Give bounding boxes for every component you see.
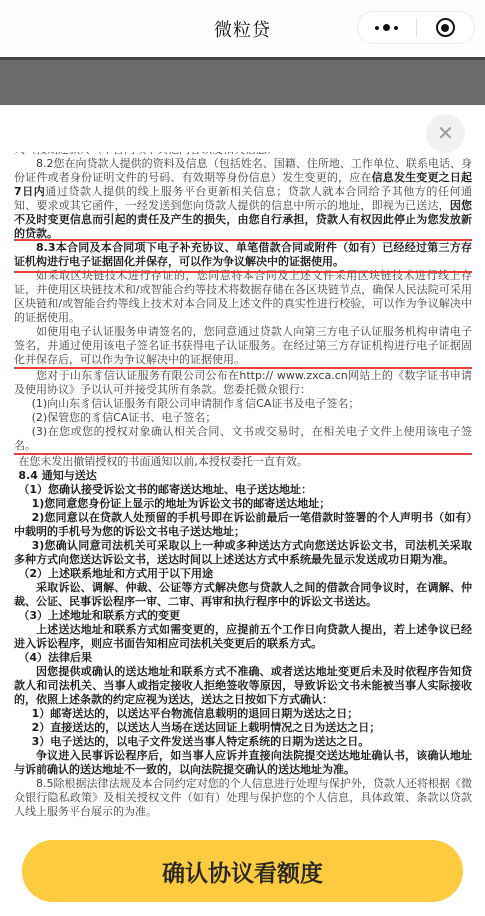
agreement-paragraph: （1）您确认接受诉讼文书的邮寄送达地址、电子送达地址： bbox=[14, 483, 472, 497]
agreement-paragraph: (3)在您或您的授权对象确认相关合同、文书或交易时，在相关电子文件上使用该电子签… bbox=[14, 425, 472, 453]
close-icon[interactable]: ✕ bbox=[426, 114, 465, 153]
agreement-text-bold: （2）上述联系地址和方式用于以下用途 bbox=[18, 567, 213, 580]
agreement-text-bold: 3)您确认同意司法机关可采取以上一种或多种送达方式向您送达诉讼文书，司法机关采取… bbox=[14, 539, 472, 566]
agreement-paragraph: （4）法律后果 bbox=[14, 651, 472, 665]
agreement-text: (1)向山东豸信认证服务有限公司申请制作豸信CA证书及电子签名； bbox=[32, 397, 360, 410]
more-dots-icon bbox=[394, 26, 398, 30]
confirm-agreement-button[interactable]: 确认协议看额度 bbox=[22, 840, 463, 902]
target-circle-icon bbox=[436, 18, 455, 37]
agreement-text-bold: 2）直接送达的，以送达人当场在送达回证上载明情况之日为送达之日； bbox=[32, 721, 381, 734]
agreement-text-bold: 8.3本合同及本合同项下电子补充协议、单笔借款合同或附件（如有）已经经过第三方存… bbox=[14, 241, 472, 268]
agreement-paragraph: 争议进入民事诉讼程序后，如当事人应诉并直接向法院提交送达地址确认书，该确认地址与… bbox=[14, 749, 472, 777]
agreement-paragraph: 3)您确认同意司法机关可采取以上一种或多种送达方式向您送达诉讼文书，司法机关采取… bbox=[14, 539, 472, 567]
agreement-paragraph: 采取诉讼、调解、仲裁、公证等方式解决您与贷款人之间的借款合同争议时，在调解、仲裁… bbox=[14, 581, 472, 609]
agreement-paragraph: 1）邮寄送达的，以送达平台物流信息载明的退回日期为送达之日； bbox=[14, 707, 472, 721]
agreement-text: 通过贷款人提供的线上服务平台更新相关信息；贷款人就本合同给予其他方的任何通知、要… bbox=[14, 185, 472, 212]
agreement-paragraph: 上述送达地址和联系方式如需变更的，应提前五个工作日向贷款人提出，若上述争议已经进… bbox=[14, 623, 472, 651]
agreement-text: 人（按期还款）、（本合同项下其他内容以及相关信息） bbox=[14, 152, 278, 156]
exit-button[interactable] bbox=[417, 12, 475, 43]
agreement-paragraph: 3）电子送达的，以电子文件发送当事人特定系统的日期为送达之日。 bbox=[14, 735, 472, 749]
agreement-paragraph: （2）上述联系地址和方式用于以下用途 bbox=[14, 567, 472, 581]
agreement-text: 如采取区块链技术进行存证的，您同意将本合同及上述文件采用区块链技术进行线上存证，… bbox=[14, 269, 472, 324]
agreement-paragraph: （3）上述地址和联系方式的变更 bbox=[14, 609, 472, 623]
agreement-paragraph: 2)您同意以在贷款人处预留的手机号即在诉讼前最后一笔借款时签署的个人声明书（如有… bbox=[14, 511, 472, 539]
agreement-text: (3)在您或您的授权对象确认相关合同、文书或交易时，在相关电子文件上使用该电子签… bbox=[14, 425, 472, 452]
wechat-capsule bbox=[357, 11, 475, 44]
agreement-document: 人（按期还款）、（本合同项下其他内容以及相关信息）8.2您在向贷款人提供的资料及… bbox=[14, 152, 472, 818]
agreement-paragraph: 如采取区块链技术进行存证的，您同意将本合同及上述文件采用区块链技术进行线上存证，… bbox=[14, 269, 472, 325]
agreement-text-bold: 8.4 通知与送达 bbox=[18, 469, 96, 482]
agreement-paragraph: 因您提供或确认的送达地址和联系方式不准确、或者送达地址变更后未及时依程序告知贷款… bbox=[14, 665, 472, 707]
agreement-text-bold: 1）邮寄送达的，以送达平台物流信息载明的退回日期为送达之日； bbox=[32, 707, 359, 720]
agreement-paragraph: 如使用电子认证服务申请签名的，您同意通过贷款人向第三方电子认证服务机构申请电子签… bbox=[14, 325, 472, 367]
agreement-scroll-area[interactable]: 人（按期还款）、（本合同项下其他内容以及相关信息）8.2您在向贷款人提供的资料及… bbox=[14, 152, 472, 818]
agreement-text: 8.5除根据法律法规及本合同约定对您的个人信息进行处理与保护外，贷款人还将根据《… bbox=[14, 777, 472, 818]
agreement-text-bold: 争议进入民事诉讼程序后，如当事人应诉并直接向法院提交送达地址确认书，该确认地址与… bbox=[14, 749, 472, 776]
highlight-box: 您对于山东豸信认证服务有限公司公布在http:// www.zxca.cn网站上… bbox=[14, 367, 472, 455]
agreement-paragraph: 8.4 通知与送达 bbox=[14, 469, 472, 483]
agreement-paragraph: 您对于山东豸信认证服务有限公司公布在http:// www.zxca.cn网站上… bbox=[14, 369, 472, 397]
agreement-text: 您对于山东豸信认证服务有限公司公布在http:// www.zxca.cn网站上… bbox=[14, 369, 472, 396]
agreement-text-bold: 上述送达地址和联系方式如需变更的，应提前五个工作日向贷款人提出，若上述争议已经进… bbox=[14, 623, 472, 650]
agreement-text: 在您未发出撤销授权的书面通知以前,本授权委托一直有效。 bbox=[18, 455, 308, 468]
agreement-sheet: ✕ 人（按期还款）、（本合同项下其他内容以及相关信息）8.2您在向贷款人提供的资… bbox=[0, 105, 485, 916]
agreement-paragraph: 2）直接送达的，以送达人当场在送达回证上载明情况之日为送达之日； bbox=[14, 721, 472, 735]
agreement-paragraph: 1)您同意您身份证上显示的地址为诉讼文书的邮寄送达地址； bbox=[14, 497, 472, 511]
agreement-text: (2)保管您的豸信CA证书、电子签名； bbox=[32, 411, 217, 424]
mini-program-header: 微粒贷 bbox=[0, 0, 485, 57]
agreement-text: 如使用电子认证服务申请签名的，您同意通过贷款人向第三方电子认证服务机构申请电子签… bbox=[14, 325, 472, 366]
agreement-text-bold: 1)您同意您身份证上显示的地址为诉讼文书的邮寄送达地址； bbox=[32, 497, 331, 510]
agreement-text-bold: 2)您同意以在贷款人处预留的手机号即在诉讼前最后一笔借款时签署的个人声明书（如有… bbox=[14, 511, 472, 538]
agreement-paragraph: 8.3本合同及本合同项下电子补充协议、单笔借款合同或附件（如有）已经经过第三方存… bbox=[14, 241, 472, 269]
dimmed-overlay bbox=[0, 57, 485, 105]
agreement-text-bold: （1）您确认接受诉讼文书的邮寄送达地址、电子送达地址： bbox=[18, 483, 312, 496]
agreement-paragraph: (2)保管您的豸信CA证书、电子签名； bbox=[14, 411, 472, 425]
agreement-text-bold: 因您提供或确认的送达地址和联系方式不准确、或者送达地址变更后未及时依程序告知贷款… bbox=[14, 665, 472, 706]
agreement-text-bold: 3）电子送达的，以电子文件发送当事人特定系统的日期为送达之日。 bbox=[32, 735, 370, 748]
agreement-text-bold: （4）法律后果 bbox=[18, 651, 92, 664]
agreement-text-bold: （3）上述地址和联系方式的变更 bbox=[18, 609, 180, 622]
more-dots-icon bbox=[375, 26, 379, 30]
highlight-box: 8.3本合同及本合同项下电子补充协议、单笔借款合同或附件（如有）已经经过第三方存… bbox=[14, 241, 472, 269]
agreement-paragraph: (1)向山东豸信认证服务有限公司申请制作豸信CA证书及电子签名； bbox=[14, 397, 472, 411]
agreement-text-bold: 采取诉讼、调解、仲裁、公证等方式解决您与贷款人之间的借款合同争议时，在调解、仲裁… bbox=[14, 581, 472, 608]
agreement-paragraph: 在您未发出撤销授权的书面通知以前,本授权委托一直有效。 bbox=[14, 455, 472, 469]
more-dots-icon bbox=[383, 24, 390, 31]
more-button[interactable] bbox=[358, 12, 416, 43]
agreement-paragraph: 8.5除根据法律法规及本合同约定对您的个人信息进行处理与保护外，贷款人还将根据《… bbox=[14, 777, 472, 818]
agreement-paragraph: 8.2您在向贷款人提供的资料及信息（包括姓名、国籍、住所地、工作单位、联系电话、… bbox=[14, 157, 472, 241]
